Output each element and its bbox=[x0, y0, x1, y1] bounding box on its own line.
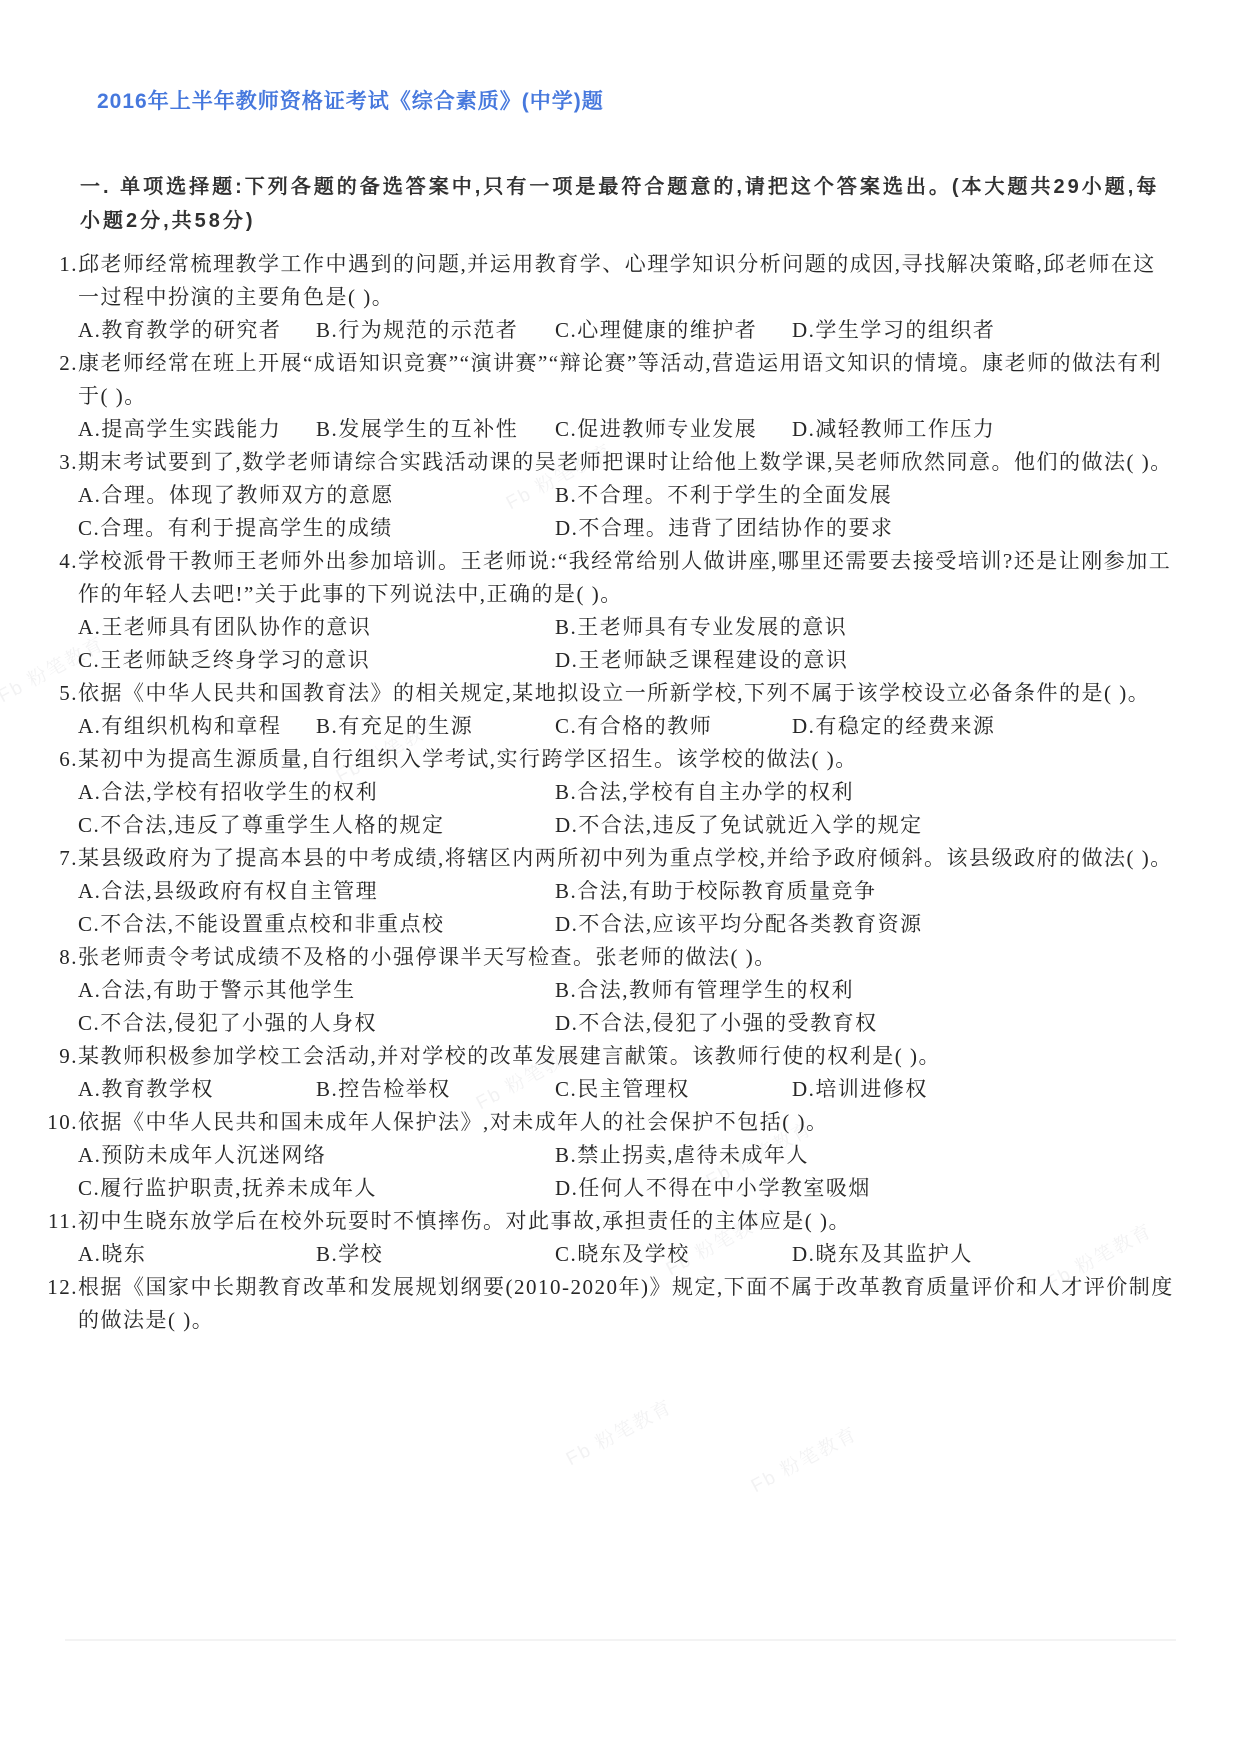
question-stem: 9.某教师积极参加学校工会活动,并对学校的改革发展建言献策。该教师行使的权利是(… bbox=[0, 1040, 1178, 1073]
question-text: 依据《中华人民共和国教育法》的相关规定,某地拟设立一所新学校,下列不属于该学校设… bbox=[78, 677, 1178, 710]
question-text: 学校派骨干教师王老师外出参加培训。王老师说:“我经常给别人做讲座,哪里还需要去接… bbox=[78, 545, 1178, 611]
option-D: D.不合理。违背了团结协作的要求 bbox=[555, 512, 1178, 545]
question-text: 康老师经常在班上开展“成语知识竞赛”“演讲赛”“辩论赛”等活动,营造运用语文知识… bbox=[78, 347, 1178, 413]
question-text: 张老师责令考试成绩不及格的小强停课半天写检查。张老师的做法( )。 bbox=[78, 941, 1178, 974]
option-C: C.民主管理权 bbox=[555, 1073, 792, 1106]
question-8: 8.张老师责令考试成绩不及格的小强停课半天写检查。张老师的做法( )。A.合法,… bbox=[0, 941, 1178, 1040]
option-A: A.提高学生实践能力 bbox=[78, 413, 316, 446]
question-options: A.合理。体现了教师双方的意愿B.不合理。不利于学生的全面发展C.合理。有利于提… bbox=[78, 479, 1178, 545]
question-4: 4.学校派骨干教师王老师外出参加培训。王老师说:“我经常给别人做讲座,哪里还需要… bbox=[0, 545, 1178, 677]
question-number: 10. bbox=[0, 1106, 78, 1139]
question-stem: 6.某初中为提高生源质量,自行组织入学考试,实行跨学区招生。该学校的做法( )。 bbox=[0, 743, 1178, 776]
option-A: A.合法,县级政府有权自主管理 bbox=[78, 875, 555, 908]
question-stem: 5.依据《中华人民共和国教育法》的相关规定,某地拟设立一所新学校,下列不属于该学… bbox=[0, 677, 1178, 710]
question-text: 某县级政府为了提高本县的中考成绩,将辖区内两所初中列为重点学校,并给予政府倾斜。… bbox=[78, 842, 1178, 875]
question-options: A.合法,有助于警示其他学生B.合法,教师有管理学生的权利C.不合法,侵犯了小强… bbox=[78, 974, 1178, 1040]
watermark-text: Fb 粉笔教育 bbox=[561, 1392, 677, 1471]
question-stem: 4.学校派骨干教师王老师外出参加培训。王老师说:“我经常给别人做讲座,哪里还需要… bbox=[0, 545, 1178, 611]
page-title: 2016年上半年教师资格证考试《综合素质》(中学)题 bbox=[97, 88, 1240, 116]
option-D: D.有稳定的经费来源 bbox=[792, 710, 1178, 743]
question-number: 4. bbox=[0, 545, 78, 611]
option-D: D.减轻教师工作压力 bbox=[792, 413, 1178, 446]
question-options: A.合法,县级政府有权自主管理B.合法,有助于校际教育质量竞争C.不合法,不能设… bbox=[78, 875, 1178, 941]
option-C: C.不合法,违反了尊重学生人格的规定 bbox=[78, 809, 555, 842]
question-number: 2. bbox=[0, 347, 78, 413]
option-D: D.不合法,违反了免试就近入学的规定 bbox=[555, 809, 1178, 842]
option-D: D.培训进修权 bbox=[792, 1073, 1178, 1106]
question-number: 12. bbox=[0, 1271, 78, 1337]
question-options: A.有组织机构和章程B.有充足的生源C.有合格的教师D.有稳定的经费来源 bbox=[78, 710, 1178, 743]
question-2: 2.康老师经常在班上开展“成语知识竞赛”“演讲赛”“辩论赛”等活动,营造运用语文… bbox=[0, 347, 1178, 446]
option-C: C.合理。有利于提高学生的成绩 bbox=[78, 512, 555, 545]
watermark-text: Fb 粉笔教育 bbox=[746, 1419, 862, 1498]
option-A: A.王老师具有团队协作的意识 bbox=[78, 611, 555, 644]
option-C: C.履行监护职责,抚养未成年人 bbox=[78, 1172, 555, 1205]
question-number: 3. bbox=[0, 446, 78, 479]
question-text: 期末考试要到了,数学老师请综合实践活动课的吴老师把课时让给他上数学课,吴老师欣然… bbox=[78, 446, 1178, 479]
question-stem: 10.依据《中华人民共和国未成年人保护法》,对未成年人的社会保护不包括( )。 bbox=[0, 1106, 1178, 1139]
question-stem: 3.期末考试要到了,数学老师请综合实践活动课的吴老师把课时让给他上数学课,吴老师… bbox=[0, 446, 1178, 479]
question-10: 10.依据《中华人民共和国未成年人保护法》,对未成年人的社会保护不包括( )。A… bbox=[0, 1106, 1178, 1205]
question-text: 依据《中华人民共和国未成年人保护法》,对未成年人的社会保护不包括( )。 bbox=[78, 1106, 1178, 1139]
question-stem: 7.某县级政府为了提高本县的中考成绩,将辖区内两所初中列为重点学校,并给予政府倾… bbox=[0, 842, 1178, 875]
option-B: B.王老师具有专业发展的意识 bbox=[555, 611, 1178, 644]
question-options: A.教育教学的研究者B.行为规范的示范者C.心理健康的维护者D.学生学习的组织者 bbox=[78, 314, 1178, 347]
option-C: C.有合格的教师 bbox=[555, 710, 792, 743]
question-11: 11.初中生晓东放学后在校外玩耍时不慎摔伤。对此事故,承担责任的主体应是( )。… bbox=[0, 1205, 1178, 1271]
question-5: 5.依据《中华人民共和国教育法》的相关规定,某地拟设立一所新学校,下列不属于该学… bbox=[0, 677, 1178, 743]
question-list: 1.邱老师经常梳理教学工作中遇到的问题,并运用教育学、心理学知识分析问题的成因,… bbox=[0, 248, 1178, 1337]
question-options: A.提高学生实践能力B.发展学生的互补性C.促进教师专业发展D.减轻教师工作压力 bbox=[78, 413, 1178, 446]
question-12: 12.根据《国家中长期教育改革和发展规划纲要(2010-2020年)》规定,下面… bbox=[0, 1271, 1178, 1337]
question-number: 6. bbox=[0, 743, 78, 776]
question-options: A.合法,学校有招收学生的权利B.合法,学校有自主办学的权利C.不合法,违反了尊… bbox=[78, 776, 1178, 842]
question-text: 某教师积极参加学校工会活动,并对学校的改革发展建言献策。该教师行使的权利是( )… bbox=[78, 1040, 1178, 1073]
question-options: A.教育教学权B.控告检举权C.民主管理权D.培训进修权 bbox=[78, 1073, 1178, 1106]
option-D: D.不合法,应该平均分配各类教育资源 bbox=[555, 908, 1178, 941]
option-D: D.王老师缺乏课程建设的意识 bbox=[555, 644, 1178, 677]
question-stem: 1.邱老师经常梳理教学工作中遇到的问题,并运用教育学、心理学知识分析问题的成因,… bbox=[0, 248, 1178, 314]
exam-page: Fb 粉笔教育Fb 粉笔教育Fb 粉笔教育Fb 粉笔教育Fb 粉笔教育Fb 粉笔… bbox=[0, 88, 1240, 1337]
option-C: C.不合法,不能设置重点校和非重点校 bbox=[78, 908, 555, 941]
question-options: A.晓东B.学校C.晓东及学校D.晓东及其监护人 bbox=[78, 1238, 1178, 1271]
option-B: B.不合理。不利于学生的全面发展 bbox=[555, 479, 1178, 512]
question-stem: 11.初中生晓东放学后在校外玩耍时不慎摔伤。对此事故,承担责任的主体应是( )。 bbox=[0, 1205, 1178, 1238]
option-A: A.教育教学的研究者 bbox=[78, 314, 316, 347]
question-text: 邱老师经常梳理教学工作中遇到的问题,并运用教育学、心理学知识分析问题的成因,寻找… bbox=[78, 248, 1178, 314]
option-A: A.合理。体现了教师双方的意愿 bbox=[78, 479, 555, 512]
option-B: B.行为规范的示范者 bbox=[316, 314, 555, 347]
option-A: A.合法,有助于警示其他学生 bbox=[78, 974, 555, 1007]
question-number: 11. bbox=[0, 1205, 78, 1238]
option-C: C.不合法,侵犯了小强的人身权 bbox=[78, 1007, 555, 1040]
question-number: 8. bbox=[0, 941, 78, 974]
section-heading: 一. 单项选择题:下列各题的备选答案中,只有一项是最符合题意的,请把这个答案选出… bbox=[80, 170, 1160, 238]
option-D: D.晓东及其监护人 bbox=[792, 1238, 1178, 1271]
question-text: 根据《国家中长期教育改革和发展规划纲要(2010-2020年)》规定,下面不属于… bbox=[78, 1271, 1178, 1337]
option-B: B.合法,教师有管理学生的权利 bbox=[555, 974, 1178, 1007]
option-A: A.教育教学权 bbox=[78, 1073, 316, 1106]
option-B: B.有充足的生源 bbox=[316, 710, 555, 743]
question-stem: 2.康老师经常在班上开展“成语知识竞赛”“演讲赛”“辩论赛”等活动,营造运用语文… bbox=[0, 347, 1178, 413]
option-C: C.王老师缺乏终身学习的意识 bbox=[78, 644, 555, 677]
question-options: A.预防未成年人沉迷网络B.禁止拐卖,虐待未成年人C.履行监护职责,抚养未成年人… bbox=[78, 1139, 1178, 1205]
option-C: C.晓东及学校 bbox=[555, 1238, 792, 1271]
question-number: 1. bbox=[0, 248, 78, 314]
question-options: A.王老师具有团队协作的意识B.王老师具有专业发展的意识C.王老师缺乏终身学习的… bbox=[78, 611, 1178, 677]
option-A: A.合法,学校有招收学生的权利 bbox=[78, 776, 555, 809]
option-A: A.预防未成年人沉迷网络 bbox=[78, 1139, 555, 1172]
question-1: 1.邱老师经常梳理教学工作中遇到的问题,并运用教育学、心理学知识分析问题的成因,… bbox=[0, 248, 1178, 347]
question-stem: 12.根据《国家中长期教育改革和发展规划纲要(2010-2020年)》规定,下面… bbox=[0, 1271, 1178, 1337]
option-A: A.有组织机构和章程 bbox=[78, 710, 316, 743]
question-7: 7.某县级政府为了提高本县的中考成绩,将辖区内两所初中列为重点学校,并给予政府倾… bbox=[0, 842, 1178, 941]
question-number: 7. bbox=[0, 842, 78, 875]
option-B: B.合法,有助于校际教育质量竞争 bbox=[555, 875, 1178, 908]
question-number: 9. bbox=[0, 1040, 78, 1073]
question-text: 初中生晓东放学后在校外玩耍时不慎摔伤。对此事故,承担责任的主体应是( )。 bbox=[78, 1205, 1178, 1238]
option-D: D.任何人不得在中小学教室吸烟 bbox=[555, 1172, 1178, 1205]
option-B: B.学校 bbox=[316, 1238, 555, 1271]
option-C: C.心理健康的维护者 bbox=[555, 314, 792, 347]
option-B: B.发展学生的互补性 bbox=[316, 413, 555, 446]
question-text: 某初中为提高生源质量,自行组织入学考试,实行跨学区招生。该学校的做法( )。 bbox=[78, 743, 1178, 776]
option-A: A.晓东 bbox=[78, 1238, 316, 1271]
option-B: B.合法,学校有自主办学的权利 bbox=[555, 776, 1178, 809]
option-D: D.不合法,侵犯了小强的受教育权 bbox=[555, 1007, 1178, 1040]
option-B: B.禁止拐卖,虐待未成年人 bbox=[555, 1139, 1178, 1172]
option-C: C.促进教师专业发展 bbox=[555, 413, 792, 446]
option-D: D.学生学习的组织者 bbox=[792, 314, 1178, 347]
question-3: 3.期末考试要到了,数学老师请综合实践活动课的吴老师把课时让给他上数学课,吴老师… bbox=[0, 446, 1178, 545]
question-6: 6.某初中为提高生源质量,自行组织入学考试,实行跨学区招生。该学校的做法( )。… bbox=[0, 743, 1178, 842]
question-stem: 8.张老师责令考试成绩不及格的小强停课半天写检查。张老师的做法( )。 bbox=[0, 941, 1178, 974]
option-B: B.控告检举权 bbox=[316, 1073, 555, 1106]
bottom-divider bbox=[65, 1639, 1176, 1641]
question-9: 9.某教师积极参加学校工会活动,并对学校的改革发展建言献策。该教师行使的权利是(… bbox=[0, 1040, 1178, 1106]
question-number: 5. bbox=[0, 677, 78, 710]
